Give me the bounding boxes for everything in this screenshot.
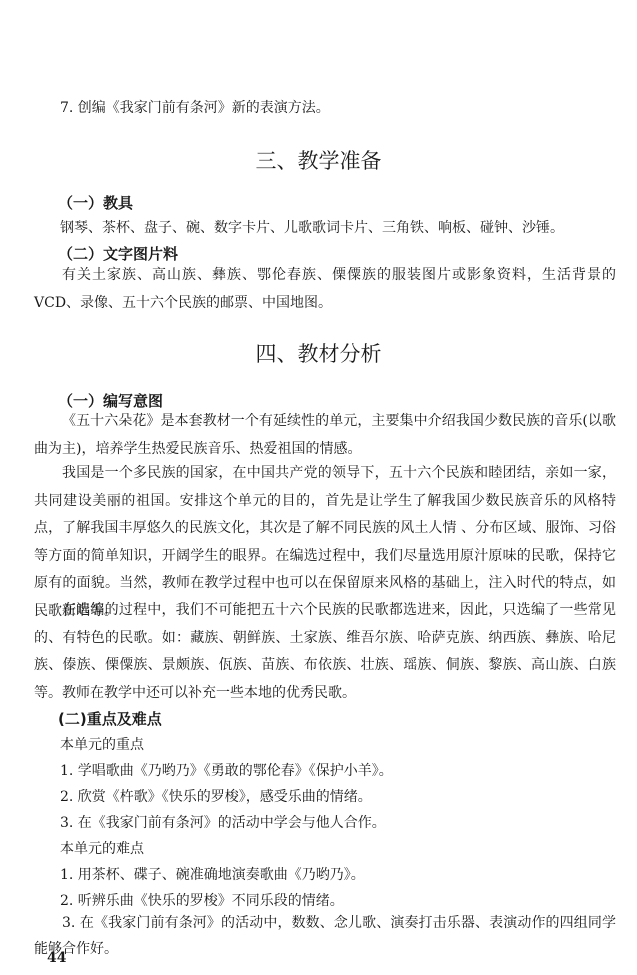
section-heading-teaching-prep: 三、教学准备 bbox=[0, 145, 637, 175]
intent-paragraph-3: 在选编的过程中，我们不可能把五十六个民族的民歌都选进来，因此，只选编了一些常见的… bbox=[34, 597, 616, 707]
section-heading-material-analysis: 四、教材分析 bbox=[0, 338, 637, 368]
document-page: 7. 创编《我家门前有条河》新的表演方法。 三、教学准备 （一）教具 钢琴、茶杯… bbox=[0, 0, 637, 975]
teaching-tools-list: 钢琴、茶杯、盘子、碗、数字卡片、儿歌歌词卡片、三角铁、响板、碰钟、沙锤。 bbox=[60, 220, 564, 236]
item-7: 7. 创编《我家门前有条河》新的表演方法。 bbox=[60, 100, 330, 116]
difficult-points-label: 本单元的难点 bbox=[60, 841, 144, 857]
page-number: 44 bbox=[47, 950, 66, 966]
materials-paragraph: 有关土家族、高山族、彝族、鄂伦春族、傈僳族的服装图片或影象资料，生活背景的VCD… bbox=[34, 262, 616, 317]
key-point-item: 1. 学唱歌曲《乃哟乃》《勇敢的鄂伦春》《保护小羊》。 bbox=[60, 763, 393, 779]
difficult-point-item: 2. 听辨乐曲《快乐的罗梭》不同乐段的情绪。 bbox=[60, 893, 344, 909]
key-points-label: 本单元的重点 bbox=[60, 737, 144, 753]
intent-paragraph-1: 《五十六朵花》是本套教材一个有延续性的单元，主要集中介绍我国少数民族的音乐(以歌… bbox=[34, 408, 616, 463]
difficult-point-item: 1. 用茶杯、碟子、碗准确地演奏歌曲《乃哟乃》。 bbox=[60, 867, 365, 883]
subheading-teaching-tools: （一）教具 bbox=[58, 192, 133, 213]
subheading-key-and-difficult-points: (二)重点及难点 bbox=[58, 708, 162, 729]
subheading-text-picture-materials: （二）文字图片料 bbox=[58, 243, 178, 264]
difficult-point-item: 3. 在《我家门前有条河》的活动中，数数、念儿歌、演奏打击乐器、表演动作的四组同… bbox=[34, 910, 616, 962]
key-point-item: 2. 欣赏《杵歌》《快乐的罗梭》，感受乐曲的情绪。 bbox=[60, 789, 372, 805]
key-point-item: 3. 在《我家门前有条河》的活动中学会与他人合作。 bbox=[60, 815, 386, 831]
